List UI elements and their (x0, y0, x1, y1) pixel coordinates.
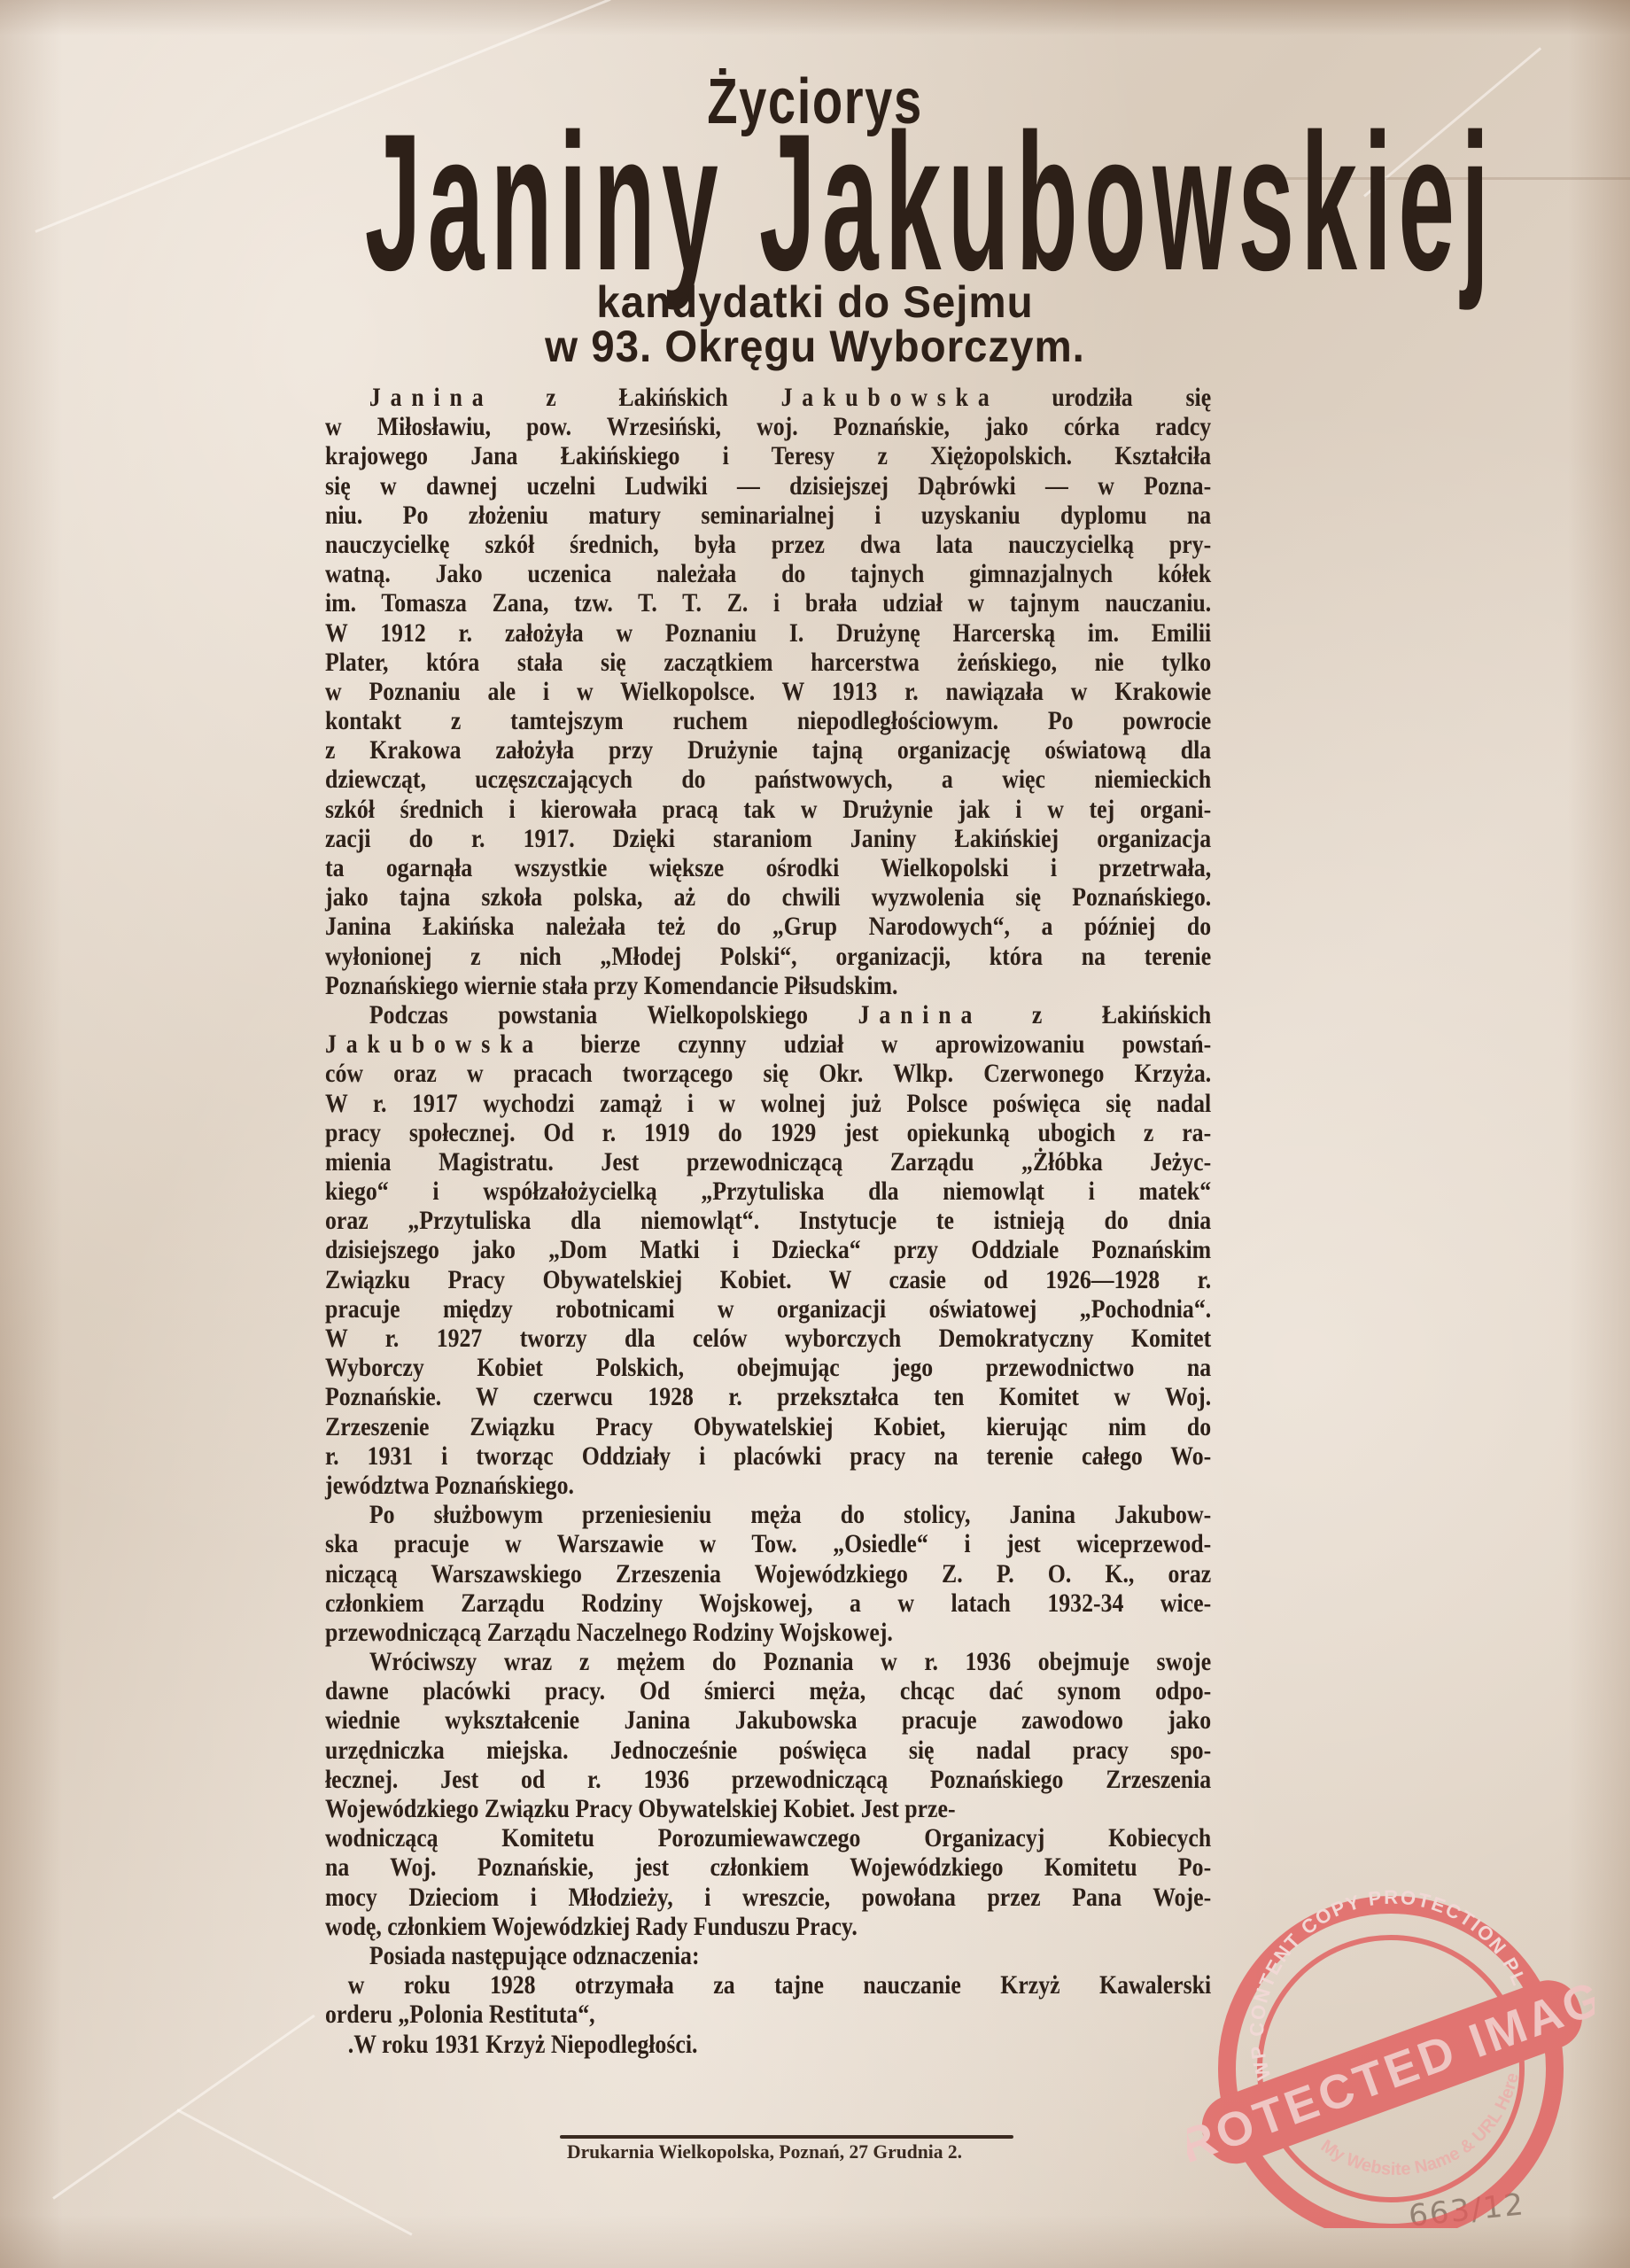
body-line: zacji do r. 1917. Dzięki staraniom Janin… (325, 824, 1211, 853)
text-run: bierze czynny udział w aprowizowaniu pow… (543, 1029, 1211, 1059)
text-run: wodę, członkiem Wojewódzkiej Rady Fundus… (325, 1912, 858, 1941)
body-line: urzędniczka miejska. Jednocześnie poświę… (325, 1736, 1211, 1765)
text-run: Janina Łakińska należała też do „Grup Na… (325, 912, 1211, 941)
body-line: w roku 1928 otrzymała za tajne nauczanie… (325, 1970, 1211, 2000)
body-line: mocy Dzieciom i Młodzieży, i wreszcie, p… (325, 1883, 1211, 1912)
text-run: dzisiejszego jako „Dom Matki i Dziecka“ … (325, 1235, 1211, 1264)
text-run: Po służbowym przeniesieniu męża do stoli… (369, 1500, 1211, 1529)
body-line: niu. Po złożeniu matury seminarialnej i … (325, 501, 1211, 530)
text-run: Zrzeszenie Związku Pracy Obywatelskiej K… (325, 1412, 1211, 1441)
body-line: na Woj. Poznańskie, jest członkiem Wojew… (325, 1852, 1211, 1882)
text-run: urodziła się (999, 383, 1212, 412)
text-run: wiednie wykształcenie Janina Jakubowska … (325, 1705, 1211, 1735)
text-run: Łakińskich (566, 383, 781, 412)
body-line: Podczas powstania Wielkopolskiego Janina… (325, 1000, 1211, 1029)
text-run: Wróciwszy wraz z mężem do Poznania w r. … (369, 1647, 1211, 1676)
text-run: Posiada następujące odznaczenia: (369, 1941, 700, 1970)
body-line: watną. Jako uczenica należała do tajnych… (325, 559, 1211, 588)
body-line: kiego“ i współzałożycielką „Przytuliska … (325, 1177, 1211, 1206)
text-run: r. 1931 i tworząc Oddziały i placówki pr… (325, 1441, 1211, 1471)
text-run: .W roku 1931 Krzyż Niepodległości. (348, 2030, 698, 2059)
body-line: im. Tomasza Zana, tzw. T. T. Z. i brała … (325, 588, 1211, 617)
body-line: Wojewódzkiego Związku Pracy Obywatelskie… (325, 1794, 1211, 1823)
body-line: Związku Pracy Obywatelskiej Kobiet. W cz… (325, 1265, 1211, 1294)
body-line: przewodniczącą Zarządu Naczelnego Rodzin… (325, 1618, 1211, 1647)
text-run: nauczycielkę szkół średnich, była przez … (325, 530, 1211, 559)
body-line: ska pracuje w Warszawie w Tow. „Osiedle“… (325, 1529, 1211, 1558)
body-line: członkiem Zarządu Rodziny Wojskowej, a w… (325, 1588, 1211, 1618)
text-run: W 1912 r. założyła w Poznaniu I. Drużynę… (325, 618, 1211, 648)
emphasized-name: z (546, 383, 565, 412)
body-line: dawne placówki pracy. Od śmierci męża, c… (325, 1676, 1211, 1705)
heading-name: Janiny Jakubowskiej (365, 105, 1213, 299)
body-line: mienia Magistratu. Jest przewodniczącą Z… (325, 1147, 1211, 1177)
text-run: im. Tomasza Zana, tzw. T. T. Z. i brała … (325, 588, 1211, 617)
body-line: W 1912 r. założyła w Poznaniu I. Drużynę… (325, 618, 1211, 648)
body-line: dzisiejszego jako „Dom Matki i Dziecka“ … (325, 1235, 1211, 1264)
body-line: nauczycielkę szkół średnich, była przez … (325, 530, 1211, 559)
body-line: pracy społecznej. Od r. 1919 do 1929 jes… (325, 1118, 1211, 1147)
body-line: szkół średnich i kierowała pracą tak w D… (325, 795, 1211, 824)
footer-divider (560, 2135, 1013, 2139)
body-line: wyłonionej z nich „Młodej Polski“, organ… (325, 942, 1211, 971)
text-run: jewództwa Poznańskiego. (325, 1471, 574, 1500)
text-run (982, 1000, 1032, 1029)
text-run: Poznańskiego wiernie stała przy Komendan… (325, 971, 897, 1000)
body-line: łecznej. Jest od r. 1936 przewodniczącą … (325, 1765, 1211, 1794)
text-run: wyłonionej z nich „Młodej Polski“, organ… (325, 942, 1211, 971)
text-run: jako tajna szkoła polska, aż do chwili w… (325, 882, 1211, 912)
text-run: mocy Dzieciom i Młodzieży, i wreszcie, p… (325, 1883, 1211, 1912)
text-run: Wyborczy Kobiet Polskich, obejmując jego… (325, 1353, 1211, 1382)
heading-subtitle-line-2: w 93. Okręgu Wyborczym. (41, 321, 1589, 372)
emphasized-name: Janina (369, 383, 493, 412)
text-run: ta ogarnąła wszystkie większe ośrodki Wi… (325, 853, 1211, 882)
body-line: Zrzeszenie Związku Pracy Obywatelskiej K… (325, 1412, 1211, 1441)
text-run: Plater, która stała się zaczątkiem harce… (325, 648, 1211, 677)
text-run (493, 383, 546, 412)
text-run: szkół średnich i kierowała pracą tak w D… (325, 795, 1211, 824)
text-run: w Miłosławiu, pow. Wrzesiński, woj. Pozn… (325, 412, 1211, 441)
text-run: dawne placówki pracy. Od śmierci męża, c… (325, 1676, 1211, 1705)
body-line: Poznańskie. W czerwcu 1928 r. przekształ… (325, 1382, 1211, 1411)
body-line: jewództwa Poznańskiego. (325, 1471, 1211, 1500)
text-run: Podczas powstania Wielkopolskiego (369, 1000, 858, 1029)
body-line: r. 1931 i tworząc Oddziały i placówki pr… (325, 1441, 1211, 1471)
body-line: Wróciwszy wraz z mężem do Poznania w r. … (325, 1647, 1211, 1676)
body-line: Posiada następujące odznaczenia: (325, 1941, 1211, 1970)
text-run: mienia Magistratu. Jest przewodniczącą Z… (325, 1147, 1211, 1177)
text-run: krajowego Jana Łakińskiego i Teresy z Xi… (325, 441, 1211, 470)
text-run: pracy społecznej. Od r. 1919 do 1929 jes… (325, 1118, 1211, 1147)
text-run: na Woj. Poznańskie, jest członkiem Wojew… (325, 1852, 1211, 1882)
emphasized-name: Janina (858, 1000, 982, 1029)
body-line: Janina z Łakińskich Jakubowska urodziła … (325, 383, 1211, 412)
body-line: z Krakowa założyła przy Drużynie tajną o… (325, 735, 1211, 765)
text-run: członkiem Zarządu Rodziny Wojskowej, a w… (325, 1588, 1211, 1618)
body-line: wiednie wykształcenie Janina Jakubowska … (325, 1705, 1211, 1735)
text-run: Poznańskie. W czerwcu 1928 r. przekształ… (325, 1382, 1211, 1411)
body-line: kontakt z tamtejszym ruchem niepodległoś… (325, 706, 1211, 735)
text-run: w roku 1928 otrzymała za tajne nauczanie… (348, 1970, 1211, 2000)
body-line: krajowego Jana Łakińskiego i Teresy z Xi… (325, 441, 1211, 470)
emphasized-name: Jakubowska (325, 1029, 543, 1059)
body-line: wodniczącą Komitetu Porozumiewawczego Or… (325, 1823, 1211, 1852)
body-line: Janina Łakińska należała też do „Grup Na… (325, 912, 1211, 941)
body-line: ców oraz w pracach tworzącego się Okr. W… (325, 1059, 1211, 1088)
text-run: przewodniczącą Zarządu Naczelnego Rodzin… (325, 1618, 893, 1647)
body-line: orderu „Polonia Restituta“, (325, 2000, 1211, 2029)
text-run: kontakt z tamtejszym ruchem niepodległoś… (325, 706, 1211, 735)
biography-body: Janina z Łakińskich Jakubowska urodziła … (325, 383, 1211, 2059)
text-run: Wojewódzkiego Związku Pracy Obywatelskie… (325, 1794, 956, 1823)
body-line: w Miłosławiu, pow. Wrzesiński, woj. Pozn… (325, 412, 1211, 441)
body-line: wodę, członkiem Wojewódzkiej Rady Fundus… (325, 1912, 1211, 1941)
text-run: watną. Jako uczenica należała do tajnych… (325, 559, 1211, 588)
body-line: .W roku 1931 Krzyż Niepodległości. (325, 2030, 1211, 2059)
text-run: W r. 1917 wychodzi zamąż i w wolnej już … (325, 1089, 1211, 1118)
text-run: ska pracuje w Warszawie w Tow. „Osiedle“… (325, 1529, 1211, 1558)
body-line: Poznańskiego wiernie stała przy Komendan… (325, 971, 1211, 1000)
text-run: zacji do r. 1917. Dzięki staraniom Janin… (325, 824, 1211, 853)
text-run: W r. 1927 tworzy dla celów wyborczych De… (325, 1324, 1211, 1353)
text-run: się w dawnej uczelni Ludwiki — dzisiejsz… (325, 471, 1211, 501)
text-run: Łakińskich (1052, 1000, 1211, 1029)
text-run: ców oraz w pracach tworzącego się Okr. W… (325, 1059, 1211, 1088)
text-run: wodniczącą Komitetu Porozumiewawczego Or… (325, 1823, 1211, 1852)
text-run: urzędniczka miejska. Jednocześnie poświę… (325, 1736, 1211, 1765)
body-line: oraz „Przytuliska dla niemowląt“. Instyt… (325, 1206, 1211, 1235)
body-line: Wyborczy Kobiet Polskich, obejmując jego… (325, 1353, 1211, 1382)
text-run: pracuje między robotnicami w organizacji… (325, 1294, 1211, 1324)
protected-image-watermark: PROTECTED IMAGE WP CONTENT COPY PROTECTI… (1187, 1856, 1595, 2228)
body-line: w Poznaniu ale i w Wielkopolsce. W 1913 … (325, 677, 1211, 706)
body-line: Plater, która stała się zaczątkiem harce… (325, 648, 1211, 677)
body-line: W r. 1927 tworzy dla celów wyborczych De… (325, 1324, 1211, 1353)
body-line: pracuje między robotnicami w organizacji… (325, 1294, 1211, 1324)
emphasized-name: Jakubowska (781, 383, 999, 412)
body-line: W r. 1917 wychodzi zamąż i w wolnej już … (325, 1089, 1211, 1118)
emphasized-name: z (1032, 1000, 1052, 1029)
text-run: kiego“ i współzałożycielką „Przytuliska … (325, 1177, 1211, 1206)
printer-imprint: Drukarnia Wielkopolska, Poznań, 27 Grudn… (567, 2140, 1001, 2163)
text-run: niu. Po złożeniu matury seminarialnej i … (325, 501, 1211, 530)
body-line: Po służbowym przeniesieniu męża do stoli… (325, 1500, 1211, 1529)
body-line: niczącą Warszawskiego Zrzeszenia Wojewód… (325, 1559, 1211, 1588)
text-run: z Krakowa założyła przy Drużynie tajną o… (325, 735, 1211, 765)
text-run: dziewcząt, uczęszczających do państwowyc… (325, 765, 1211, 794)
body-line: dziewcząt, uczęszczających do państwowyc… (325, 765, 1211, 794)
text-run: oraz „Przytuliska dla niemowląt“. Instyt… (325, 1206, 1211, 1235)
text-run: orderu „Polonia Restituta“, (325, 2000, 595, 2029)
body-line: się w dawnej uczelni Ludwiki — dzisiejsz… (325, 471, 1211, 501)
text-run: w Poznaniu ale i w Wielkopolsce. W 1913 … (325, 677, 1211, 706)
body-line: jako tajna szkoła polska, aż do chwili w… (325, 882, 1211, 912)
text-run: Związku Pracy Obywatelskiej Kobiet. W cz… (325, 1265, 1211, 1294)
text-run: łecznej. Jest od r. 1936 przewodniczącą … (325, 1765, 1211, 1794)
text-run: niczącą Warszawskiego Zrzeszenia Wojewód… (325, 1559, 1211, 1588)
body-line: Jakubowska bierze czynny udział w aprowi… (325, 1029, 1211, 1059)
body-line: ta ogarnąła wszystkie większe ośrodki Wi… (325, 853, 1211, 882)
